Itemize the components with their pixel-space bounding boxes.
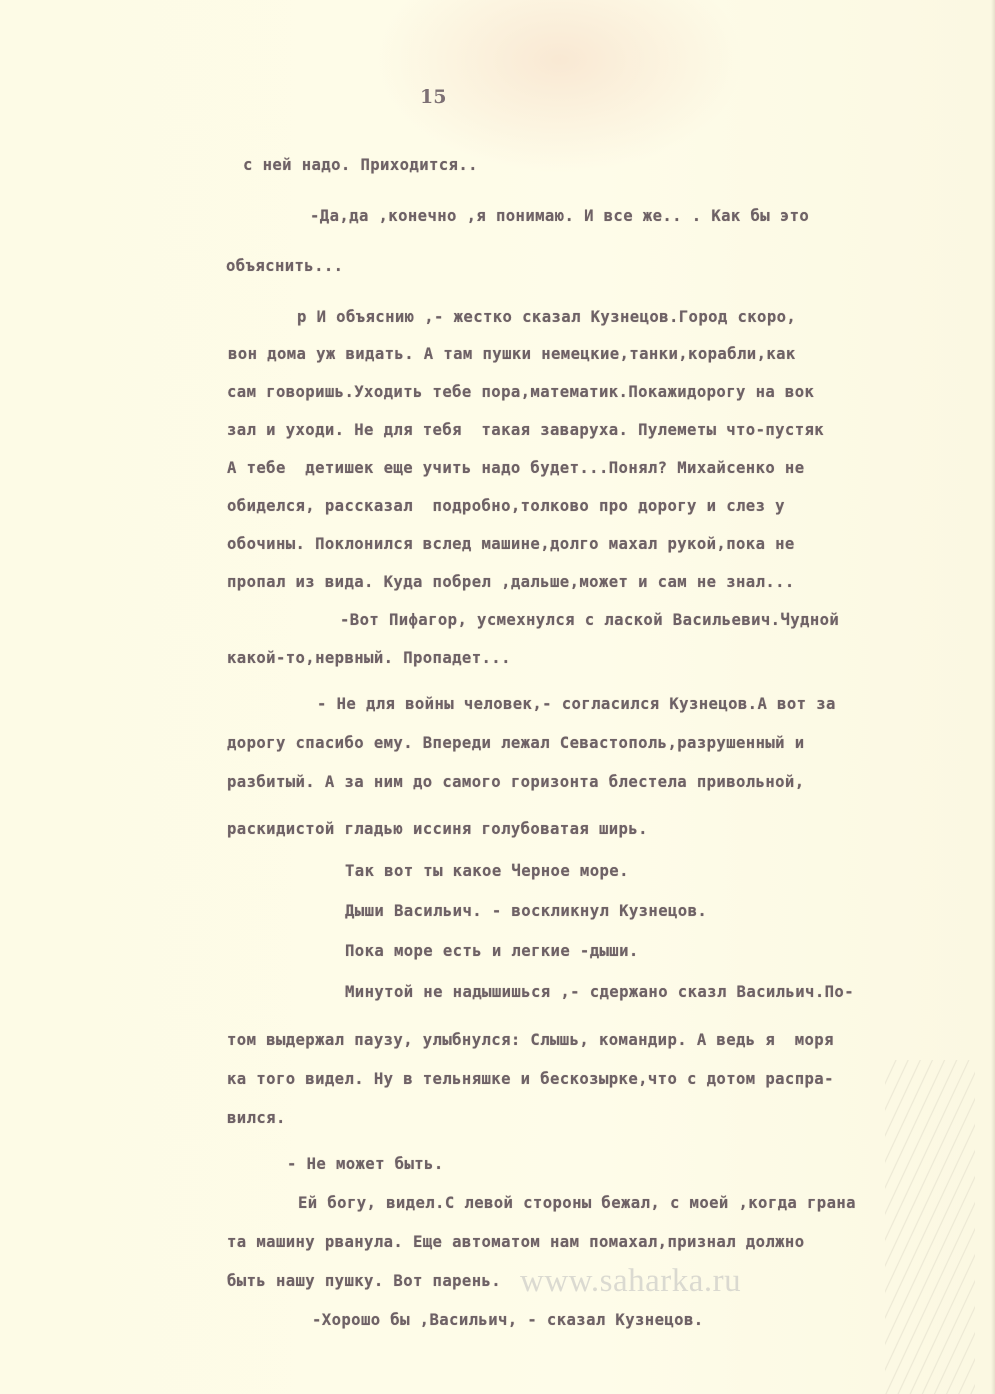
text-line: с ней надо. Приходится..	[243, 156, 478, 174]
text-line: Ей богу, видел.С левой стороны бежал, с …	[298, 1194, 856, 1212]
text-line: объяснить...	[226, 257, 343, 275]
paper-crease	[885, 1060, 975, 1394]
page-number: 15	[420, 86, 446, 108]
text-line: р И объяснию ,- жестко сказал Кузнецов.Г…	[297, 308, 796, 326]
text-line: сам говоришь.Уходить тебе пора,математик…	[227, 383, 814, 401]
text-line: вон дома уж видать. А там пушки немецкие…	[228, 345, 796, 363]
text-line: -Да,да ,конечно ,я понимаю. И все же.. .…	[310, 207, 809, 225]
text-line: - Не может быть.	[287, 1155, 444, 1173]
watermark: www.saharka.ru	[520, 1263, 741, 1300]
text-line: разбитый. А за ним до самого горизонта б…	[227, 773, 805, 791]
text-line: пропал из вида. Куда побрел ,дальше,може…	[227, 573, 795, 591]
text-line: обочины. Поклонился вслед машине,долго м…	[227, 535, 795, 553]
text-line: Так вот ты какое Черное море.	[345, 862, 629, 880]
text-line: какой-то,нервный. Пропадет...	[227, 649, 511, 667]
text-line: вился.	[227, 1109, 286, 1127]
paper-edge	[991, 0, 995, 1394]
text-line: том выдержал паузу, улыбнулся: Слышь, ко…	[227, 1031, 834, 1049]
text-line: ка того видел. Ну в тельняшке и бескозыр…	[227, 1070, 834, 1088]
text-line: Пока море есть и легкие -дыши.	[345, 942, 639, 960]
text-line: Дыши Васильич. - воскликнул Кузнецов.	[345, 902, 707, 920]
text-line: зал и уходи. Не для тебя такая заваруха.…	[227, 421, 824, 439]
text-line: дорогу спасибо ему. Впереди лежал Севаст…	[227, 734, 805, 752]
text-line: -Хорошо бы ,Васильич, - сказал Кузнецов.	[312, 1311, 704, 1329]
text-line: -Вот Пифагор, усмехнулся с лаской Василь…	[340, 611, 839, 629]
text-line: А тебе детишек еще учить надо будет...По…	[227, 459, 805, 477]
typewritten-page: 15 с ней надо. Приходится.. -Да,да ,коне…	[0, 0, 995, 1394]
text-line: быть нашу пушку. Вот парень.	[227, 1272, 501, 1290]
text-line: Минутой не надышишься ,- сдержано сказл …	[345, 983, 854, 1001]
text-line: - Не для войны человек,- согласился Кузн…	[317, 695, 836, 713]
text-line: та машину рванула. Еще автоматом нам пом…	[227, 1233, 805, 1251]
text-line: обиделся, рассказал подробно,толково про…	[227, 497, 785, 515]
text-line: раскидистой гладью иссиня голубоватая ши…	[227, 820, 648, 838]
